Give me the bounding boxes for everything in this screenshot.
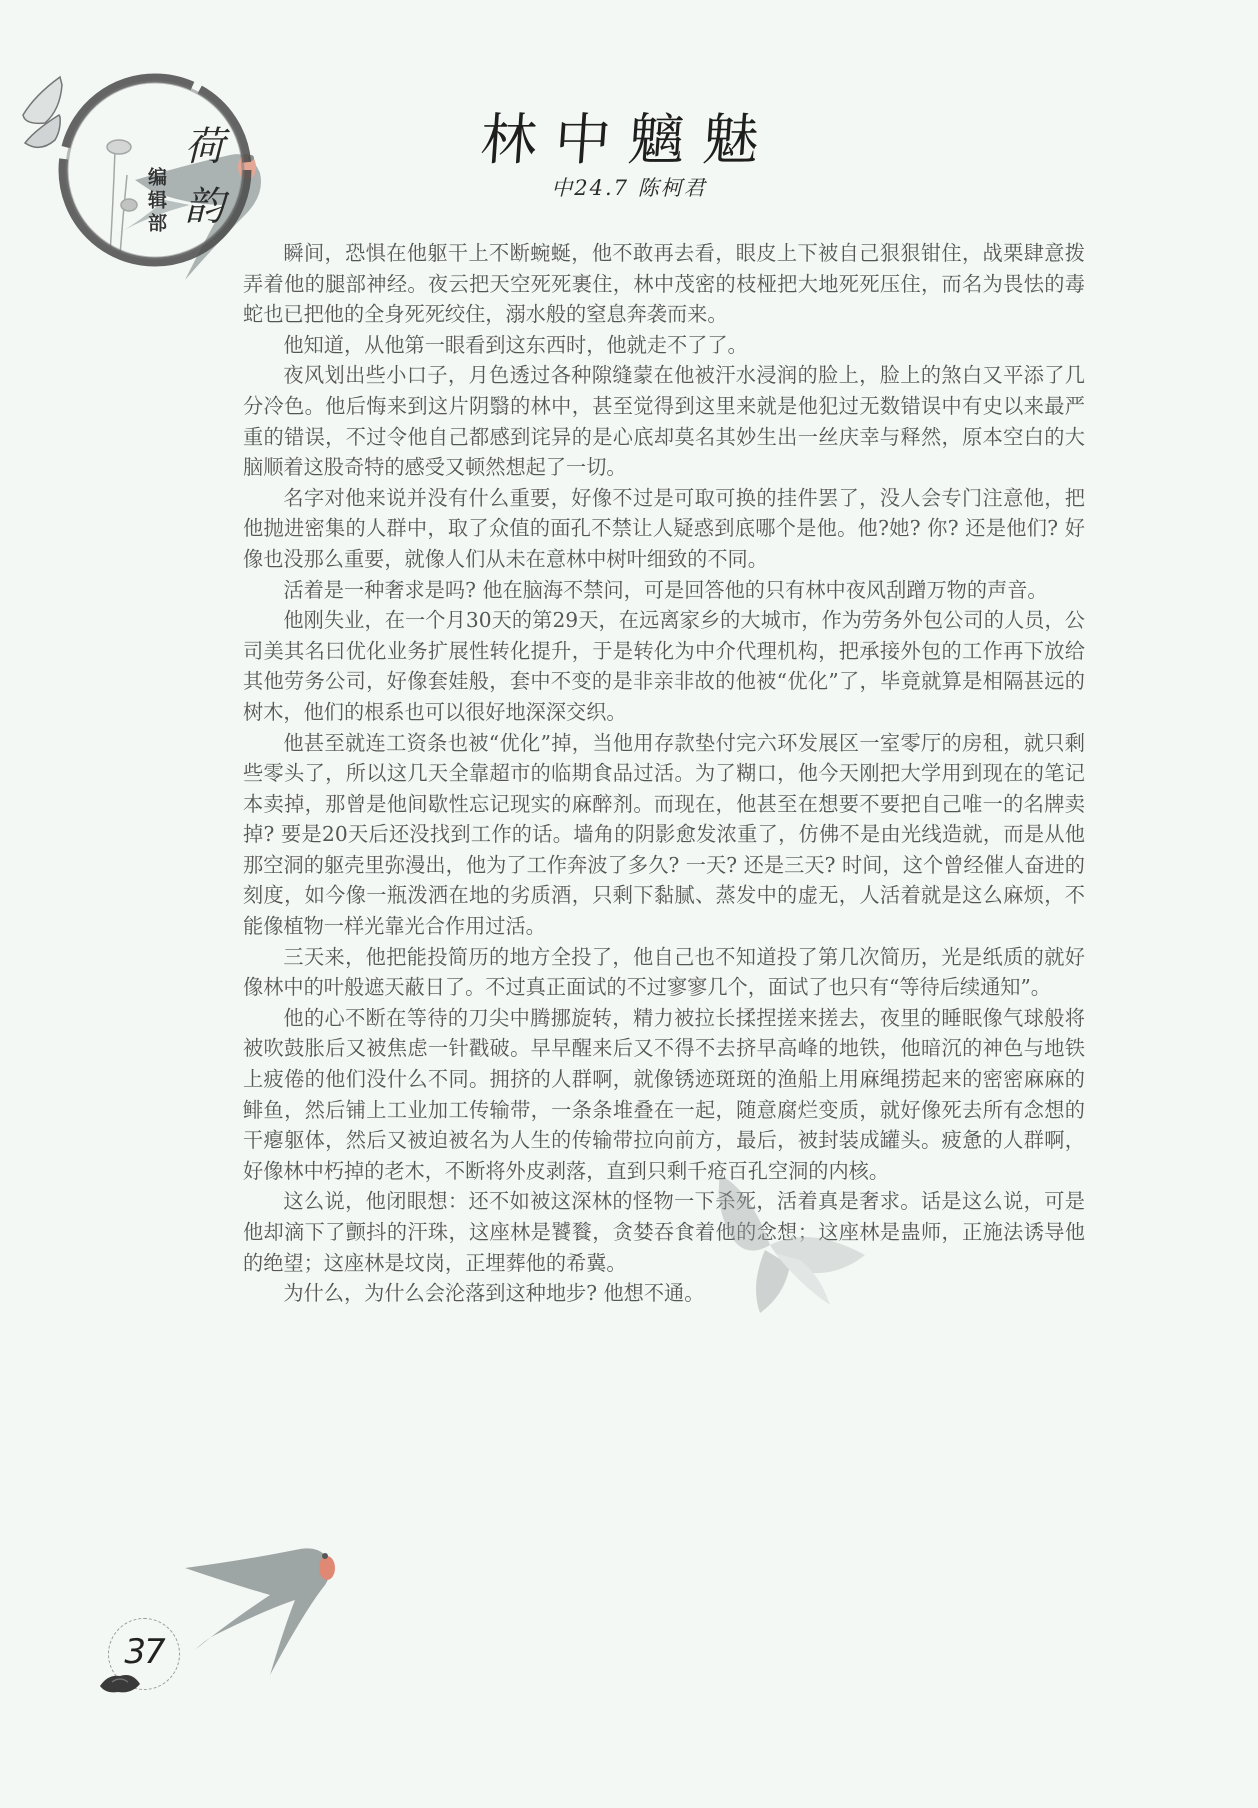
rose-icon (98, 1668, 142, 1694)
swallow-icon (175, 1540, 355, 1680)
paragraph: 他刚失业，在一个月30天的第29天，在远离家乡的大城市，作为劳务外包公司的人员，… (243, 605, 1085, 727)
paragraph: 活着是一种奢求是吗? 他在脑海不禁问，可是回答他的只有林中夜风刮蹭万物的声音。 (243, 575, 1085, 606)
article-byline: 中24.7 陈柯君 (0, 172, 1258, 202)
magazine-page: 荷韵 编辑部 林中魑魅 中24.7 陈柯君 瞬间，恐惧在他躯干上不断蜿蜒，他不敢… (0, 0, 1258, 1808)
paragraph: 夜风划出些小口子，月色透过各种隙缝蒙在他被汗水浸润的脸上，脸上的煞白又平添了几分… (243, 360, 1085, 482)
paragraph: 他的心不断在等待的刀尖中腾挪旋转，精力被拉长揉捏搓来搓去，夜里的睡眠像气球般将被… (243, 1003, 1085, 1187)
paragraph: 这么说，他闭眼想：还不如被这深林的怪物一下杀死，活着真是奢求。话是这么说，可是他… (243, 1186, 1085, 1278)
page-number: 37 (108, 1632, 180, 1672)
article-body: 瞬间，恐惧在他躯干上不断蜿蜒，他不敢再去看，眼皮上下被自己狠狠钳住，战栗肆意拨弄… (243, 238, 1085, 1309)
paragraph: 瞬间，恐惧在他躯干上不断蜿蜒，他不敢再去看，眼皮上下被自己狠狠钳住，战栗肆意拨弄… (243, 238, 1085, 330)
paragraph: 他甚至就连工资条也被“优化”掉，当他用存款垫付完六环发展区一室零厅的房租，就只剩… (243, 728, 1085, 942)
paragraph: 名字对他来说并没有什么重要，好像不过是可取可换的挂件罢了，没人会专门注意他，把他… (243, 483, 1085, 575)
page-number-badge: 37 (108, 1618, 180, 1690)
paragraph: 他知道，从他第一眼看到这东西时，他就走不了了。 (243, 330, 1085, 361)
paragraph: 三天来，他把能投简历的地方全投了，他自己也不知道投了第几次简历，光是纸质的就好像… (243, 942, 1085, 1003)
paragraph: 为什么，为什么会沦落到这种地步? 他想不通。 (243, 1278, 1085, 1309)
article-title: 林中魑魅 (0, 96, 1258, 176)
